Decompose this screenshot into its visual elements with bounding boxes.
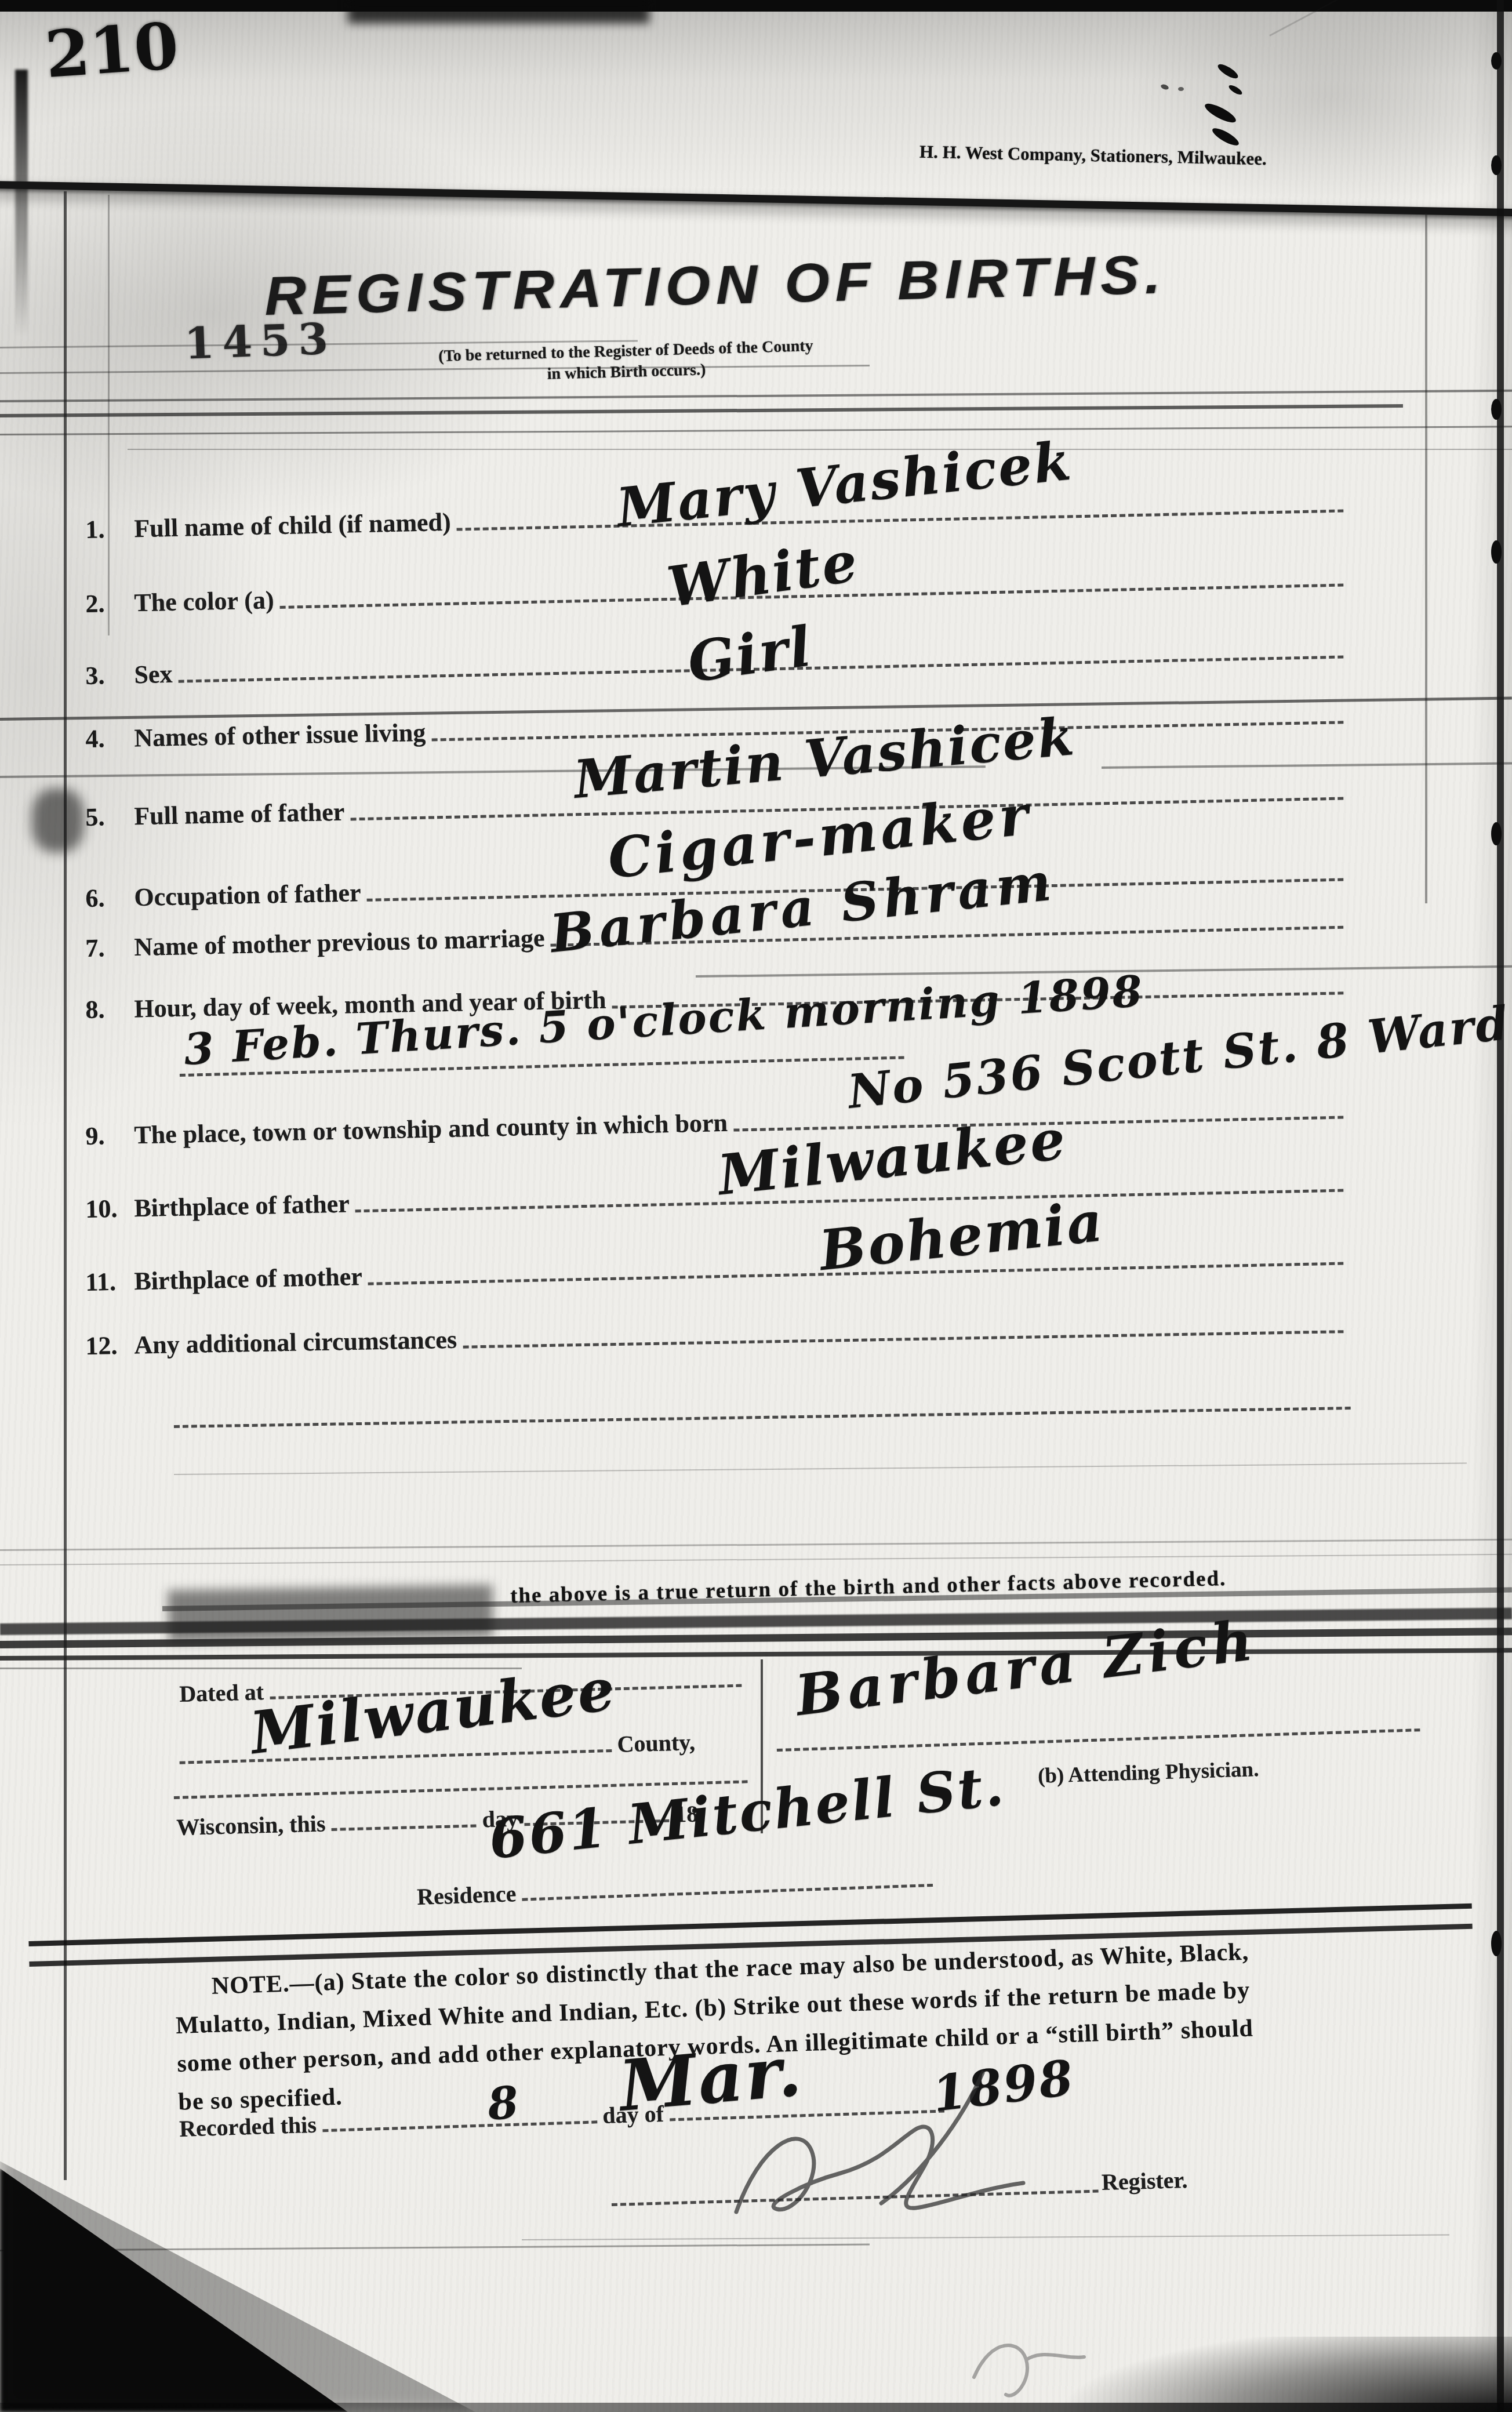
field-number: 3. xyxy=(85,660,135,691)
field-label: Full name of father xyxy=(134,797,345,831)
printer-credit: H. H. West Company, Stationers, Milwauke… xyxy=(919,141,1267,170)
scan-streak xyxy=(174,1463,1467,1475)
edge-tick xyxy=(1491,155,1502,175)
field-label: Any additional circumstances xyxy=(134,1325,457,1360)
hw-residence: 661 Mitchell St. xyxy=(486,1754,1008,1872)
register-signature-scrawl xyxy=(667,2064,1038,2238)
scan-corner-bottom-right xyxy=(990,2337,1512,2412)
scan-top-blob xyxy=(348,0,649,23)
ink-dot xyxy=(1160,83,1169,90)
field-number: 1. xyxy=(85,514,135,544)
scan-streak xyxy=(0,390,1512,402)
field-label: Full name of child (if named) xyxy=(134,507,451,543)
physician-label: (b) Attending Physician. xyxy=(1037,1757,1259,1789)
field-row-10: 10. Birthplace of father xyxy=(85,1168,1350,1224)
cert-illegible-smudge xyxy=(168,1585,493,1643)
residence-row: Residence xyxy=(416,1865,939,1910)
certificate-number: 1453 xyxy=(184,314,337,369)
scan-blotch xyxy=(32,789,84,852)
edge-tick xyxy=(1491,822,1502,845)
field-label: The color (a) xyxy=(134,585,274,617)
scan-top-edge-bar xyxy=(0,0,1512,12)
field-label: Names of other issue living xyxy=(134,718,426,753)
field-number: 10. xyxy=(85,1193,135,1224)
field-row-12: 12. Any additional circumstances xyxy=(85,1309,1350,1361)
ink-mark xyxy=(1227,83,1243,96)
state-this-label: Wisconsin, this xyxy=(176,1810,326,1841)
ink-dot xyxy=(1178,87,1184,91)
recorded-label: Recorded this xyxy=(179,2111,317,2142)
dotted-leader xyxy=(457,510,1343,531)
hw-color: White xyxy=(664,529,863,620)
residence-label: Residence xyxy=(416,1880,517,1910)
cert-smear xyxy=(0,1554,1512,1565)
field-label: Name of mother previous to marriage xyxy=(134,923,545,962)
field-number: 7. xyxy=(85,932,135,963)
section-divider-line xyxy=(0,1648,1512,1661)
scan-streak xyxy=(0,404,1403,417)
field-label: Birthplace of mother xyxy=(134,1262,362,1296)
hw-sex: Girl xyxy=(684,614,817,695)
field-label: Birthplace of father xyxy=(134,1189,350,1223)
page-number: 210 xyxy=(43,8,181,92)
field-label: The place, town or township and county i… xyxy=(134,1108,728,1150)
edge-tick xyxy=(1491,52,1502,70)
field-number: 11. xyxy=(85,1266,135,1297)
field-number: 9. xyxy=(85,1120,135,1151)
edge-tick xyxy=(1491,540,1502,564)
edge-tick xyxy=(1491,399,1502,420)
field-label: Occupation of father xyxy=(134,878,361,912)
dotted-leader xyxy=(522,1884,933,1901)
field12-extra-line xyxy=(174,1407,1351,1428)
county-label: County, xyxy=(617,1728,696,1758)
form-left-border xyxy=(64,191,67,2180)
scan-streak xyxy=(0,426,1512,435)
scan-streak xyxy=(0,1668,522,1669)
field-number: 6. xyxy=(85,882,135,913)
field-row-9: 9. The place, town or township and count… xyxy=(85,1095,1350,1151)
field-number: 8. xyxy=(85,994,135,1025)
ink-mark xyxy=(1210,125,1241,148)
dotted-leader xyxy=(332,1824,477,1831)
dotted-leader xyxy=(180,1749,612,1764)
field-number: 4. xyxy=(85,723,135,754)
scan-streak xyxy=(1102,762,1512,769)
field-label: Sex xyxy=(134,659,173,689)
birth-registration-scan: 210 H. H. West Company, Stationers, Milw… xyxy=(0,0,1512,2412)
page-right-edge xyxy=(1497,0,1504,2412)
register-label: Register. xyxy=(1101,2166,1188,2196)
field-number: 5. xyxy=(85,801,135,832)
ink-mark xyxy=(1216,61,1240,81)
hw-recorded-day: 8 xyxy=(485,2076,522,2130)
dotted-leader xyxy=(463,1330,1343,1349)
header-rule xyxy=(0,181,1512,216)
scan-corner-bottom-left-soft xyxy=(0,2145,475,2412)
dotted-leader xyxy=(322,2120,597,2132)
field-number: 12. xyxy=(85,1331,135,1361)
physician-signature-line xyxy=(777,1728,1420,1752)
form-title: REGISTRATION OF BIRTHS. xyxy=(264,243,1167,328)
edge-tick xyxy=(1491,1931,1502,1956)
right-inner-line xyxy=(1425,213,1427,903)
scan-streak xyxy=(128,449,1512,450)
field-number: 2. xyxy=(85,588,135,619)
scan-left-edge-strip xyxy=(15,70,28,336)
cert-smear xyxy=(0,1539,1512,1551)
field-row-11: 11. Birthplace of mother xyxy=(85,1241,1350,1297)
ink-mark xyxy=(1202,100,1238,126)
